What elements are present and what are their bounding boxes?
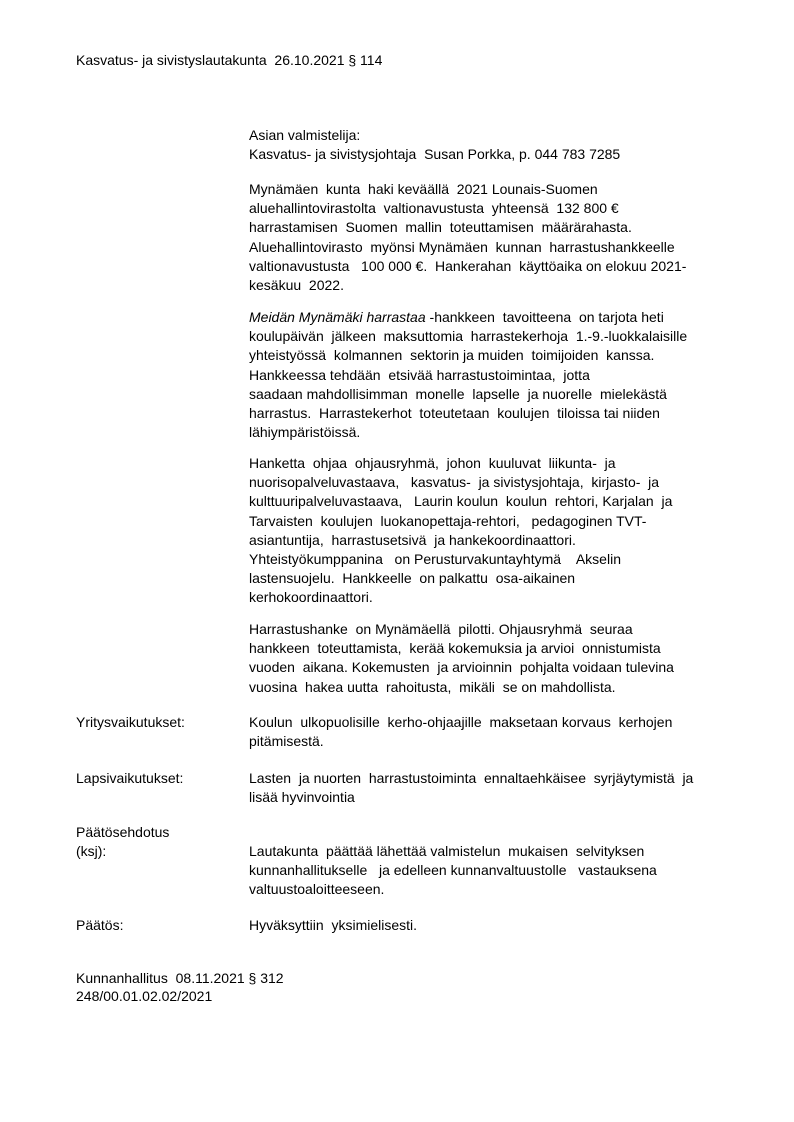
text-line: asiantuntija, harrastusetsivä ja hankeko… bbox=[249, 531, 672, 550]
text-line: kulttuuripalveluvastaava, Laurin koulun … bbox=[249, 492, 672, 511]
decision-label: Päätös: bbox=[76, 916, 123, 934]
text-line: Aluehallintovirasto myönsi Mynämäen kunn… bbox=[249, 238, 686, 257]
text-line: hankkeen toteuttamista, kerää kokemuksia… bbox=[249, 639, 674, 658]
text-line: vuosina hakea uutta rahoitusta, mikäli s… bbox=[249, 678, 674, 697]
child-impact-label: Lapsivaikutukset: bbox=[76, 769, 183, 787]
text-line: Hankkeessa tehdään etsivää harrastustoim… bbox=[249, 366, 687, 385]
text-line: kunnanhallitukselle ja edelleen kunnanva… bbox=[249, 861, 657, 880]
text-line: Koulun ulkopuolisille kerho-ohjaajille m… bbox=[249, 713, 672, 732]
text-line: valtionavustusta 100 000 €. Hankerahan k… bbox=[249, 257, 686, 276]
document-header: Kasvatus- ja sivistyslautakunta 26.10.20… bbox=[76, 51, 382, 69]
proposal-label-sub: (ksj): bbox=[76, 842, 106, 860]
text-line: Hanketta ohjaa ohjausryhmä, johon kuuluv… bbox=[249, 454, 672, 473]
text-line: kesäkuu 2022. bbox=[249, 276, 686, 295]
text-line: harrastamisen Suomen mallin toteuttamise… bbox=[249, 218, 686, 237]
text-line: vuoden aikana. Kokemusten ja arvioinnin … bbox=[249, 658, 674, 677]
proposal-text: Lautakunta päättää lähettää valmistelun … bbox=[249, 842, 657, 900]
text-line: kerhokoordinaattori. bbox=[249, 588, 672, 607]
text-line: nuorisopalveluvastaava, kasvatus- ja siv… bbox=[249, 473, 672, 492]
text-line: Harrastushanke on Mynämäellä pilotti. Oh… bbox=[249, 620, 674, 639]
text-line: yhteistyössä kolmannen sektorin ja muide… bbox=[249, 346, 687, 365]
paragraph-steering-group: Hanketta ohjaa ohjausryhmä, johon kuuluv… bbox=[249, 454, 672, 608]
decision-text: Hyväksyttiin yksimielisesti. bbox=[249, 916, 417, 934]
proposal-label: Päätösehdotus bbox=[76, 823, 169, 841]
project-name: Meidän Mynämäki harrastaa bbox=[249, 309, 426, 325]
text-line: Lautakunta päättää lähettää valmistelun … bbox=[249, 842, 657, 861]
text-line: lähiympäristöissä. bbox=[249, 423, 687, 442]
paragraph-funding: Mynämäen kunta haki keväällä 2021 Lounai… bbox=[249, 180, 686, 295]
text-line: Meidän Mynämäki harrastaa -hankkeen tavo… bbox=[249, 308, 687, 327]
preparer-name: Kasvatus- ja sivistysjohtaja Susan Porkk… bbox=[249, 145, 620, 163]
text-line: Tarvaisten koulujen luokanopettaja-rehto… bbox=[249, 512, 672, 531]
paragraph-pilot: Harrastushanke on Mynämäellä pilotti. Oh… bbox=[249, 620, 674, 697]
text-line: Yhteistyökumppanina on Perusturvakuntayh… bbox=[249, 550, 672, 569]
business-impact-label: Yritysvaikutukset: bbox=[76, 713, 185, 731]
text-line: valtuustoaloitteeseen. bbox=[249, 880, 657, 899]
preparer-label: Asian valmistelija: bbox=[249, 126, 360, 144]
text-line: koulupäivän jälkeen maksuttomia harraste… bbox=[249, 327, 687, 346]
text-line: lisää hyvinvointia bbox=[249, 788, 693, 807]
business-impact-text: Koulun ulkopuolisille kerho-ohjaajille m… bbox=[249, 713, 672, 751]
paragraph-project-goal: Meidän Mynämäki harrastaa -hankkeen tavo… bbox=[249, 308, 687, 442]
text-line: Mynämäen kunta haki keväällä 2021 Lounai… bbox=[249, 180, 686, 199]
footer-record-id: 248/00.01.02.02/2021 bbox=[76, 987, 212, 1005]
text-line: Lasten ja nuorten harrastustoiminta enna… bbox=[249, 769, 693, 788]
text-line: harrastus. Harrastekerhot toteutetaan ko… bbox=[249, 404, 687, 423]
child-impact-text: Lasten ja nuorten harrastustoiminta enna… bbox=[249, 769, 693, 807]
text-line: lastensuojelu. Hankkeelle on palkattu os… bbox=[249, 569, 672, 588]
text-line: aluehallintovirastolta valtionavustusta … bbox=[249, 199, 686, 218]
text-line: saadaan mahdollisimman monelle lapselle … bbox=[249, 385, 687, 404]
text-line: pitämisestä. bbox=[249, 732, 672, 751]
footer-reference: Kunnanhallitus 08.11.2021 § 312 bbox=[76, 969, 284, 987]
